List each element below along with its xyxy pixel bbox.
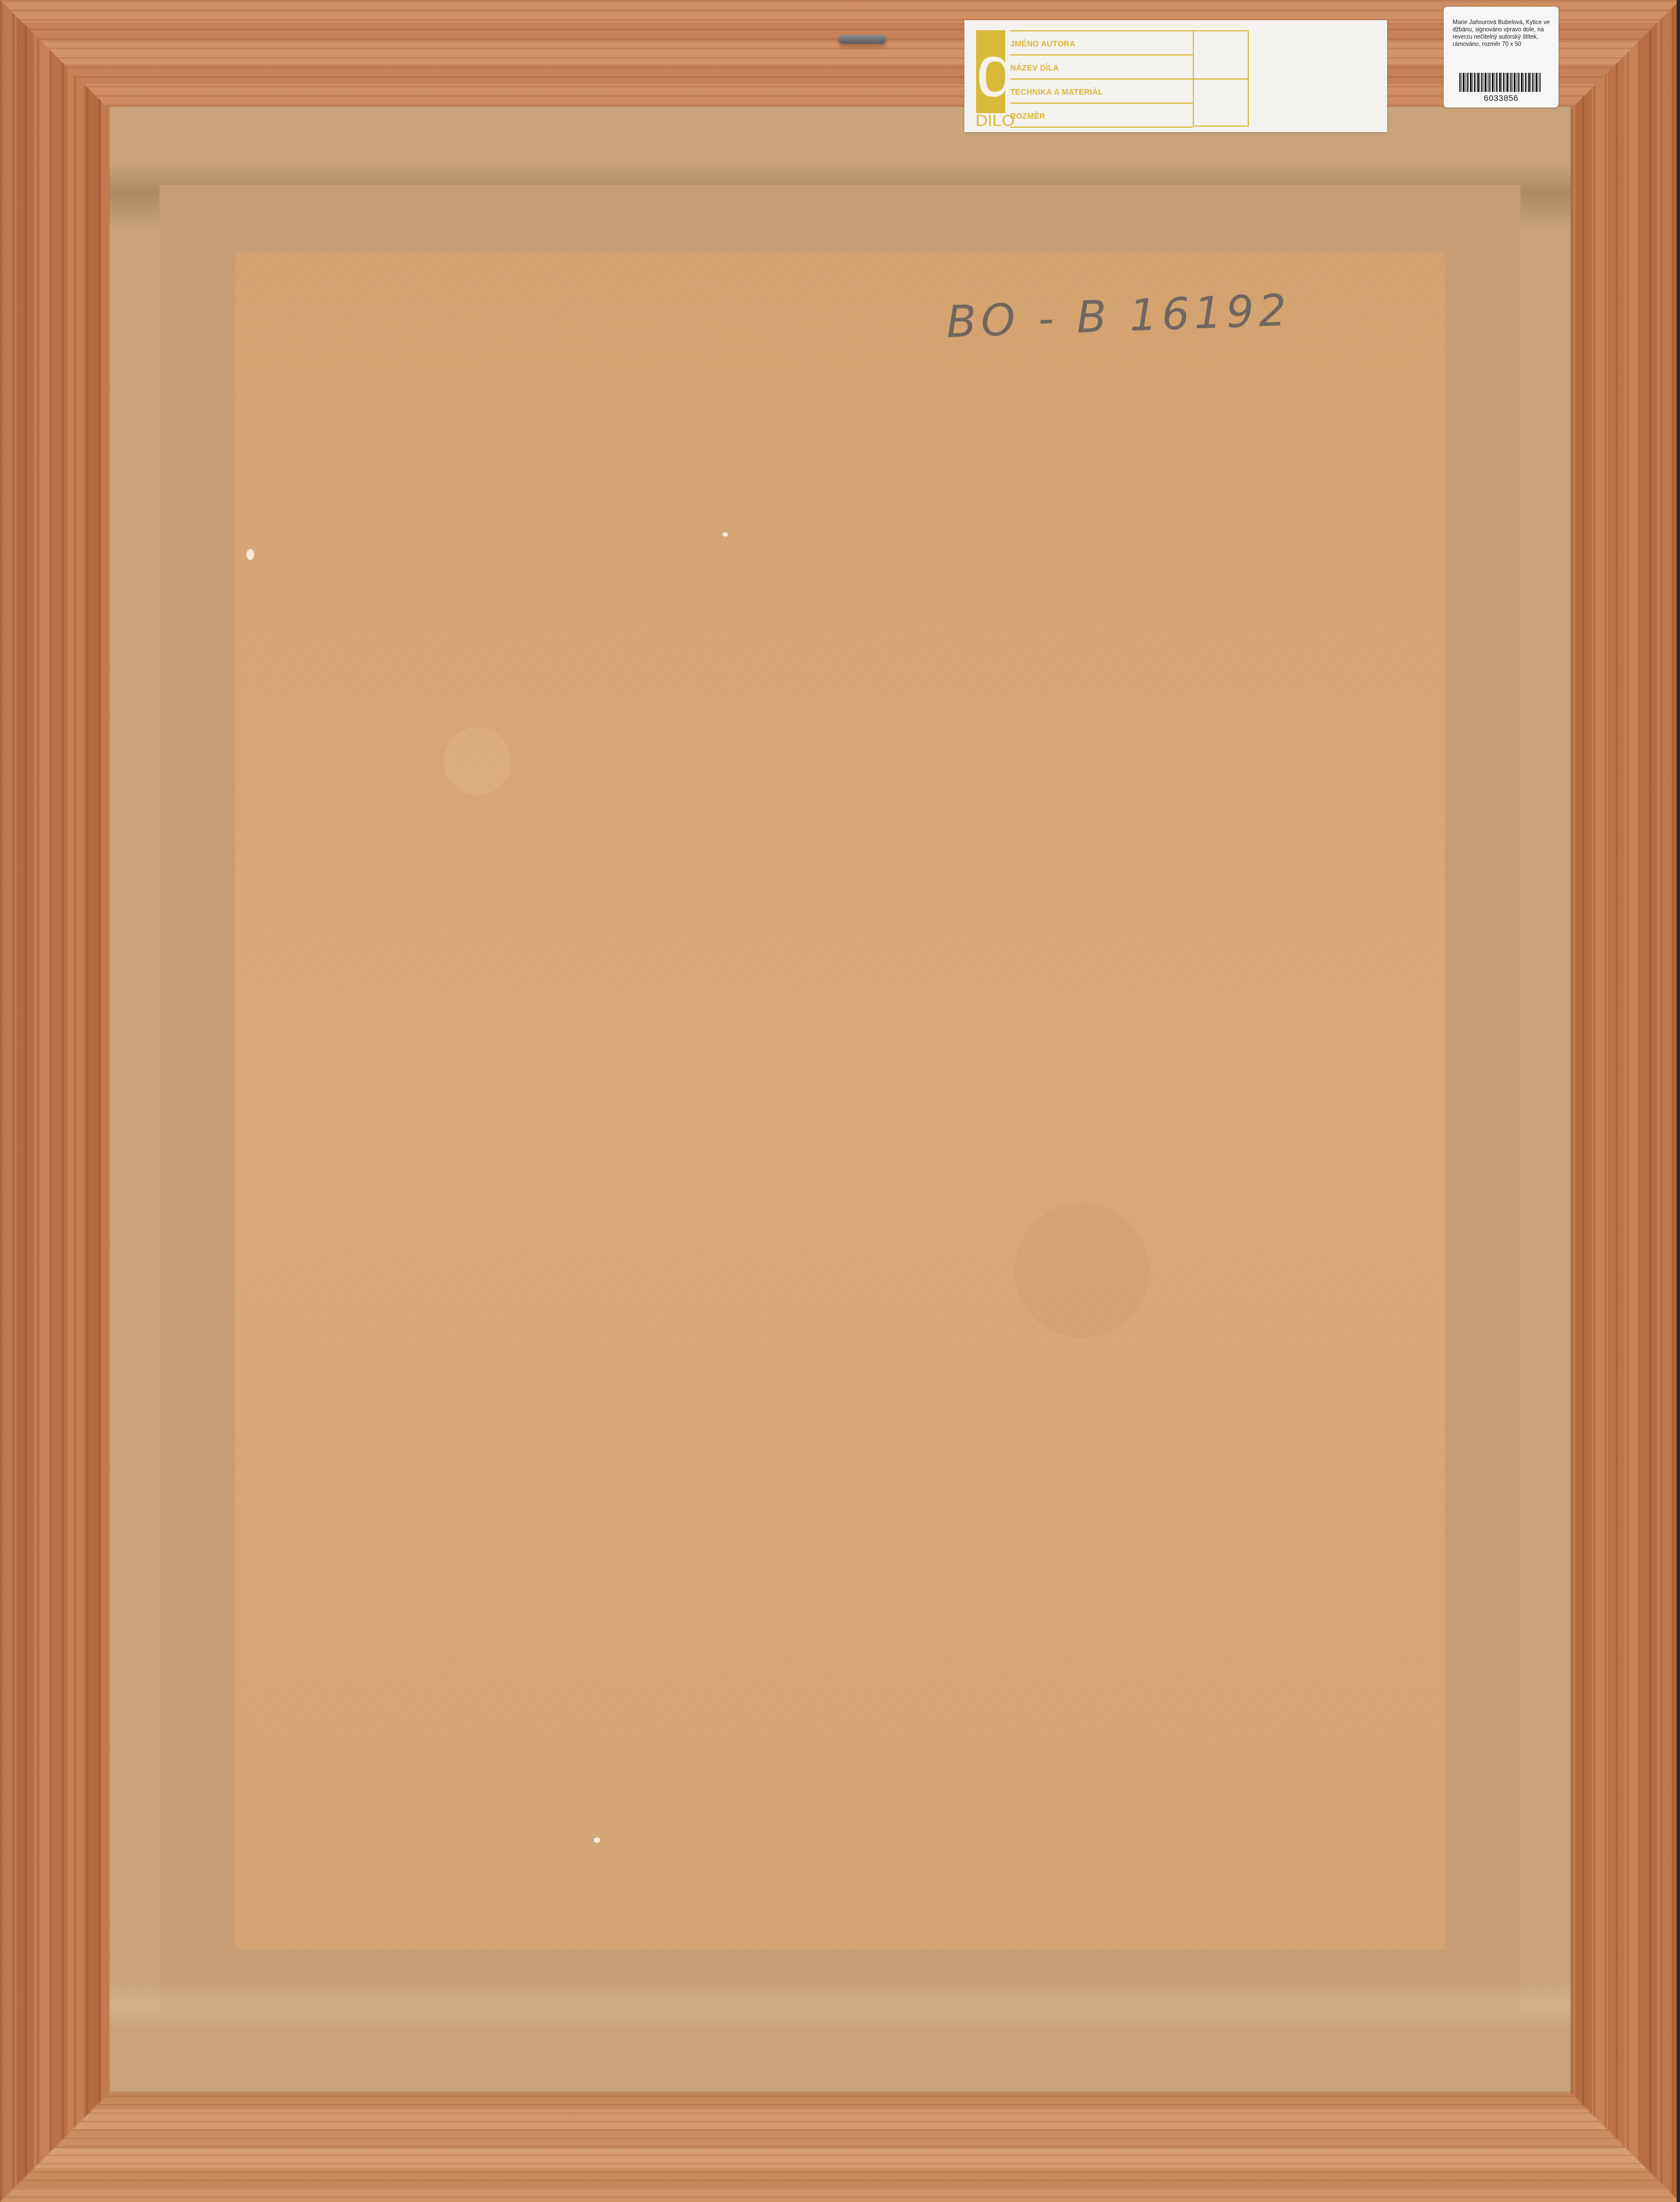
dilo-field-label: JMÉNO AUTORA — [1010, 39, 1075, 48]
cardboard-backing — [235, 252, 1445, 1949]
barcode-number: 6033856 — [1444, 94, 1558, 103]
dilo-divider — [1010, 127, 1193, 128]
dilo-field-author: JMÉNO AUTORA — [1010, 30, 1193, 55]
hanging-hook — [838, 35, 886, 44]
frame-edge — [1677, 0, 1680, 2202]
paint-speck — [246, 549, 254, 560]
paint-speck — [722, 532, 728, 537]
dilo-logo-icon: d — [976, 30, 1005, 113]
frame-rail-left — [0, 0, 115, 2202]
dilo-label: d DÍLO JMÉNO AUTORA NÁZEV DÍLA TECHNIKA … — [964, 20, 1387, 132]
auction-label: Marie Jaňourová Bubelová, Kytice ve džbá… — [1444, 7, 1558, 108]
paint-speck — [594, 1837, 600, 1843]
dilo-field-label: ROZMĚR — [1010, 111, 1045, 120]
barcode-icon — [1459, 73, 1541, 92]
dilo-fields: JMÉNO AUTORA NÁZEV DÍLA TECHNIKA A MATER… — [1010, 30, 1376, 128]
dilo-logo-word: DÍLO — [976, 112, 1015, 130]
dilo-logo-letter: d — [976, 31, 1005, 110]
dilo-divider — [1194, 78, 1248, 80]
dilo-field-technique: TECHNIKA A MATERIÁL — [1010, 78, 1193, 104]
dilo-field-label: TECHNIKA A MATERIÁL — [1010, 87, 1103, 96]
frame-rail-right — [1560, 0, 1680, 2202]
tape-crease-bottom — [109, 1980, 1571, 2031]
artwork-description: Marie Jaňourová Bubelová, Kytice ve džbá… — [1453, 19, 1559, 48]
dilo-field-title: NÁZEV DÍLA — [1010, 54, 1193, 80]
dilo-side-box — [1193, 30, 1249, 127]
dilo-field-dimensions: ROZMĚR — [1010, 103, 1193, 128]
dilo-field-label: NÁZEV DÍLA — [1010, 63, 1059, 72]
